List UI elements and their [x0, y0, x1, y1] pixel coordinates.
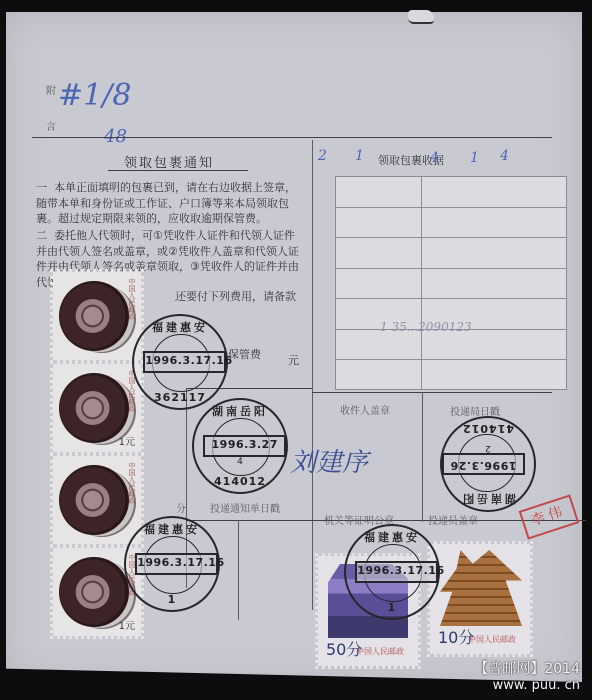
pasted-receipt-grid — [335, 176, 567, 390]
recipient-label: 收件人盖章 — [340, 402, 390, 417]
fee-item: 保管费 — [228, 346, 261, 362]
lower-divider — [238, 520, 239, 620]
stamp-10fen: 10分中国人民邮政 — [430, 544, 530, 654]
center-divider — [312, 140, 313, 610]
notice-title: 领取包裹通知 — [124, 152, 214, 171]
fen-label: 分 — [176, 500, 186, 515]
receipt-number-4: 1 — [470, 150, 479, 166]
margin-label-fu: 附 — [46, 82, 56, 97]
title-underline — [108, 170, 248, 171]
handwritten-note: #1/8 — [58, 78, 131, 113]
watermark-line2: www. puu. cn — [493, 678, 580, 693]
top-rule — [32, 137, 552, 138]
fee-unit: 元 — [288, 352, 299, 368]
stamp-1yuan-2: 中国人民邮政1元 — [53, 364, 141, 452]
fee-line: 还要付下列费用，请备款 — [175, 288, 296, 304]
postmark-huian-1: 福建惠安 1996.3.17.16362117 — [132, 314, 228, 410]
postmark-yueyang-2: 湖南岳阳 1996.3.262414012 — [440, 416, 536, 512]
receipt-number-1: 2 — [318, 148, 327, 164]
recipient-signature: 刘建序 — [290, 442, 368, 479]
postmark-yueyang-1: 湖南岳阳 1996.3.274414012 — [192, 398, 288, 494]
postmark-huian-2: 福建惠安 1996.3.17.161 — [124, 516, 220, 612]
notice-paragraph-1: 一 本单正面填明的包裹已到，请在右边收据上签章，随带本单和身份证或工作证、户口簿… — [36, 180, 304, 227]
paper-tear — [408, 10, 434, 24]
postman-label: 投递员盖章 — [428, 512, 478, 527]
receipt-number-2: 1 — [355, 148, 364, 164]
receipt-divider — [422, 392, 423, 522]
receipt-rule — [312, 392, 552, 393]
watermark-line1: 【普邮网】2014 — [474, 658, 580, 678]
receipt-number-3: 4 — [430, 150, 439, 166]
receipt-number-5: 4 — [500, 148, 509, 164]
delivery-date-label: 投递通知单日戳 — [210, 500, 280, 515]
faded-id-number: 1 35...2090123 — [380, 320, 472, 334]
stamp-1yuan-1: 中国人民邮政 — [53, 272, 141, 360]
margin-label-yan: 言 — [46, 118, 56, 133]
postmark-huian-3: 福建惠安 1996.3.17.161 — [344, 524, 440, 620]
